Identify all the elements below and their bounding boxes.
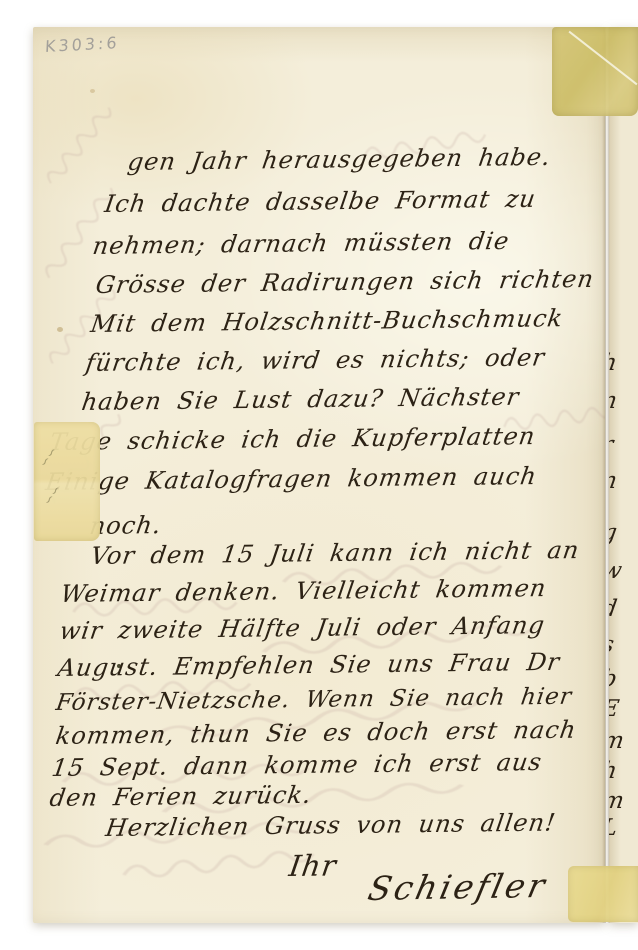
letter-line: nehmen; darnach müssten die <box>91 227 512 260</box>
letter-line: Einige Katalogfragen kommen auch <box>44 462 539 496</box>
letter-line: fürchte ich, wird es nichts; oder <box>84 343 547 377</box>
tape-showthrough-mark: ~~ <box>41 482 66 508</box>
letter-line: Weimar denken. Vielleicht kommen <box>59 574 549 608</box>
letter-line: gen Jahr herausgegeben habe. <box>126 143 553 176</box>
tape-patch-bottom-right <box>568 866 638 922</box>
edge-line-fragment: h <box>609 350 619 376</box>
page-fold-crease <box>602 27 610 923</box>
tape-patch-top-right <box>552 27 638 116</box>
edge-line-fragment: n <box>609 388 619 414</box>
edge-line-fragment: m <box>609 788 626 814</box>
letter-scan: K303:6 gen Jahr herausgegeben habe. Ich … <box>0 0 638 950</box>
letter-line: Förster-Nietzsche. Wenn Sie nach hier <box>54 684 574 716</box>
edge-line-fragment: d <box>609 596 619 622</box>
letter-signature: Schiefler <box>365 866 552 908</box>
edge-line-fragment: n <box>609 468 619 494</box>
edge-line-fragment: E <box>609 696 621 722</box>
letter-line: Herzlichen Gruss von uns allen! <box>104 809 558 842</box>
letter-line: Vor dem 15 Juli kann ich nicht an <box>89 536 582 570</box>
tape-patch-left: ~~ ~~ <box>34 422 100 541</box>
letter-line: Ich dachte dasselbe Format zu <box>103 185 538 218</box>
edge-line-fragment: L <box>609 815 619 841</box>
letter-valediction: Ihr <box>287 848 339 883</box>
archive-mark: K303:6 <box>45 33 121 56</box>
adjacent-page-edge: - h n r n g w d s b E m h m L <box>609 27 638 923</box>
edge-line-fragment: s <box>609 632 616 658</box>
letter-line: haben Sie Lust dazu? Nächster <box>80 383 521 416</box>
edge-line-fragment: m <box>609 728 626 754</box>
edge-line-fragment: w <box>609 558 624 584</box>
letter-line: den Ferien zurück. <box>48 781 314 812</box>
letter-line: Grösse der Radirungen sich richten <box>94 265 596 299</box>
letter-line: 15 Sept. dann komme ich erst aus <box>50 748 544 782</box>
letter-line: Mit dem Holzschnitt-Buchschmuck <box>89 304 565 338</box>
letter-line: wir zweite Hälfte Juli oder Anfang <box>58 611 547 645</box>
edge-line-fragment: b <box>609 666 619 692</box>
foxing-spot <box>90 89 95 93</box>
edge-line-fragment: h <box>609 758 619 784</box>
tape-showthrough-mark: ~~ <box>37 444 62 470</box>
letter-line: Tage schicke ich die Kupferplatten <box>48 422 538 456</box>
foxing-spot <box>57 327 63 332</box>
letter-line: kommen, thun Sie es doch erst nach <box>54 716 578 750</box>
letter-page: K303:6 gen Jahr herausgegeben habe. Ich … <box>33 27 605 923</box>
edge-line-fragment: g <box>609 520 619 546</box>
letter-line: August. Empfehlen Sie uns Frau Dr <box>56 648 562 682</box>
